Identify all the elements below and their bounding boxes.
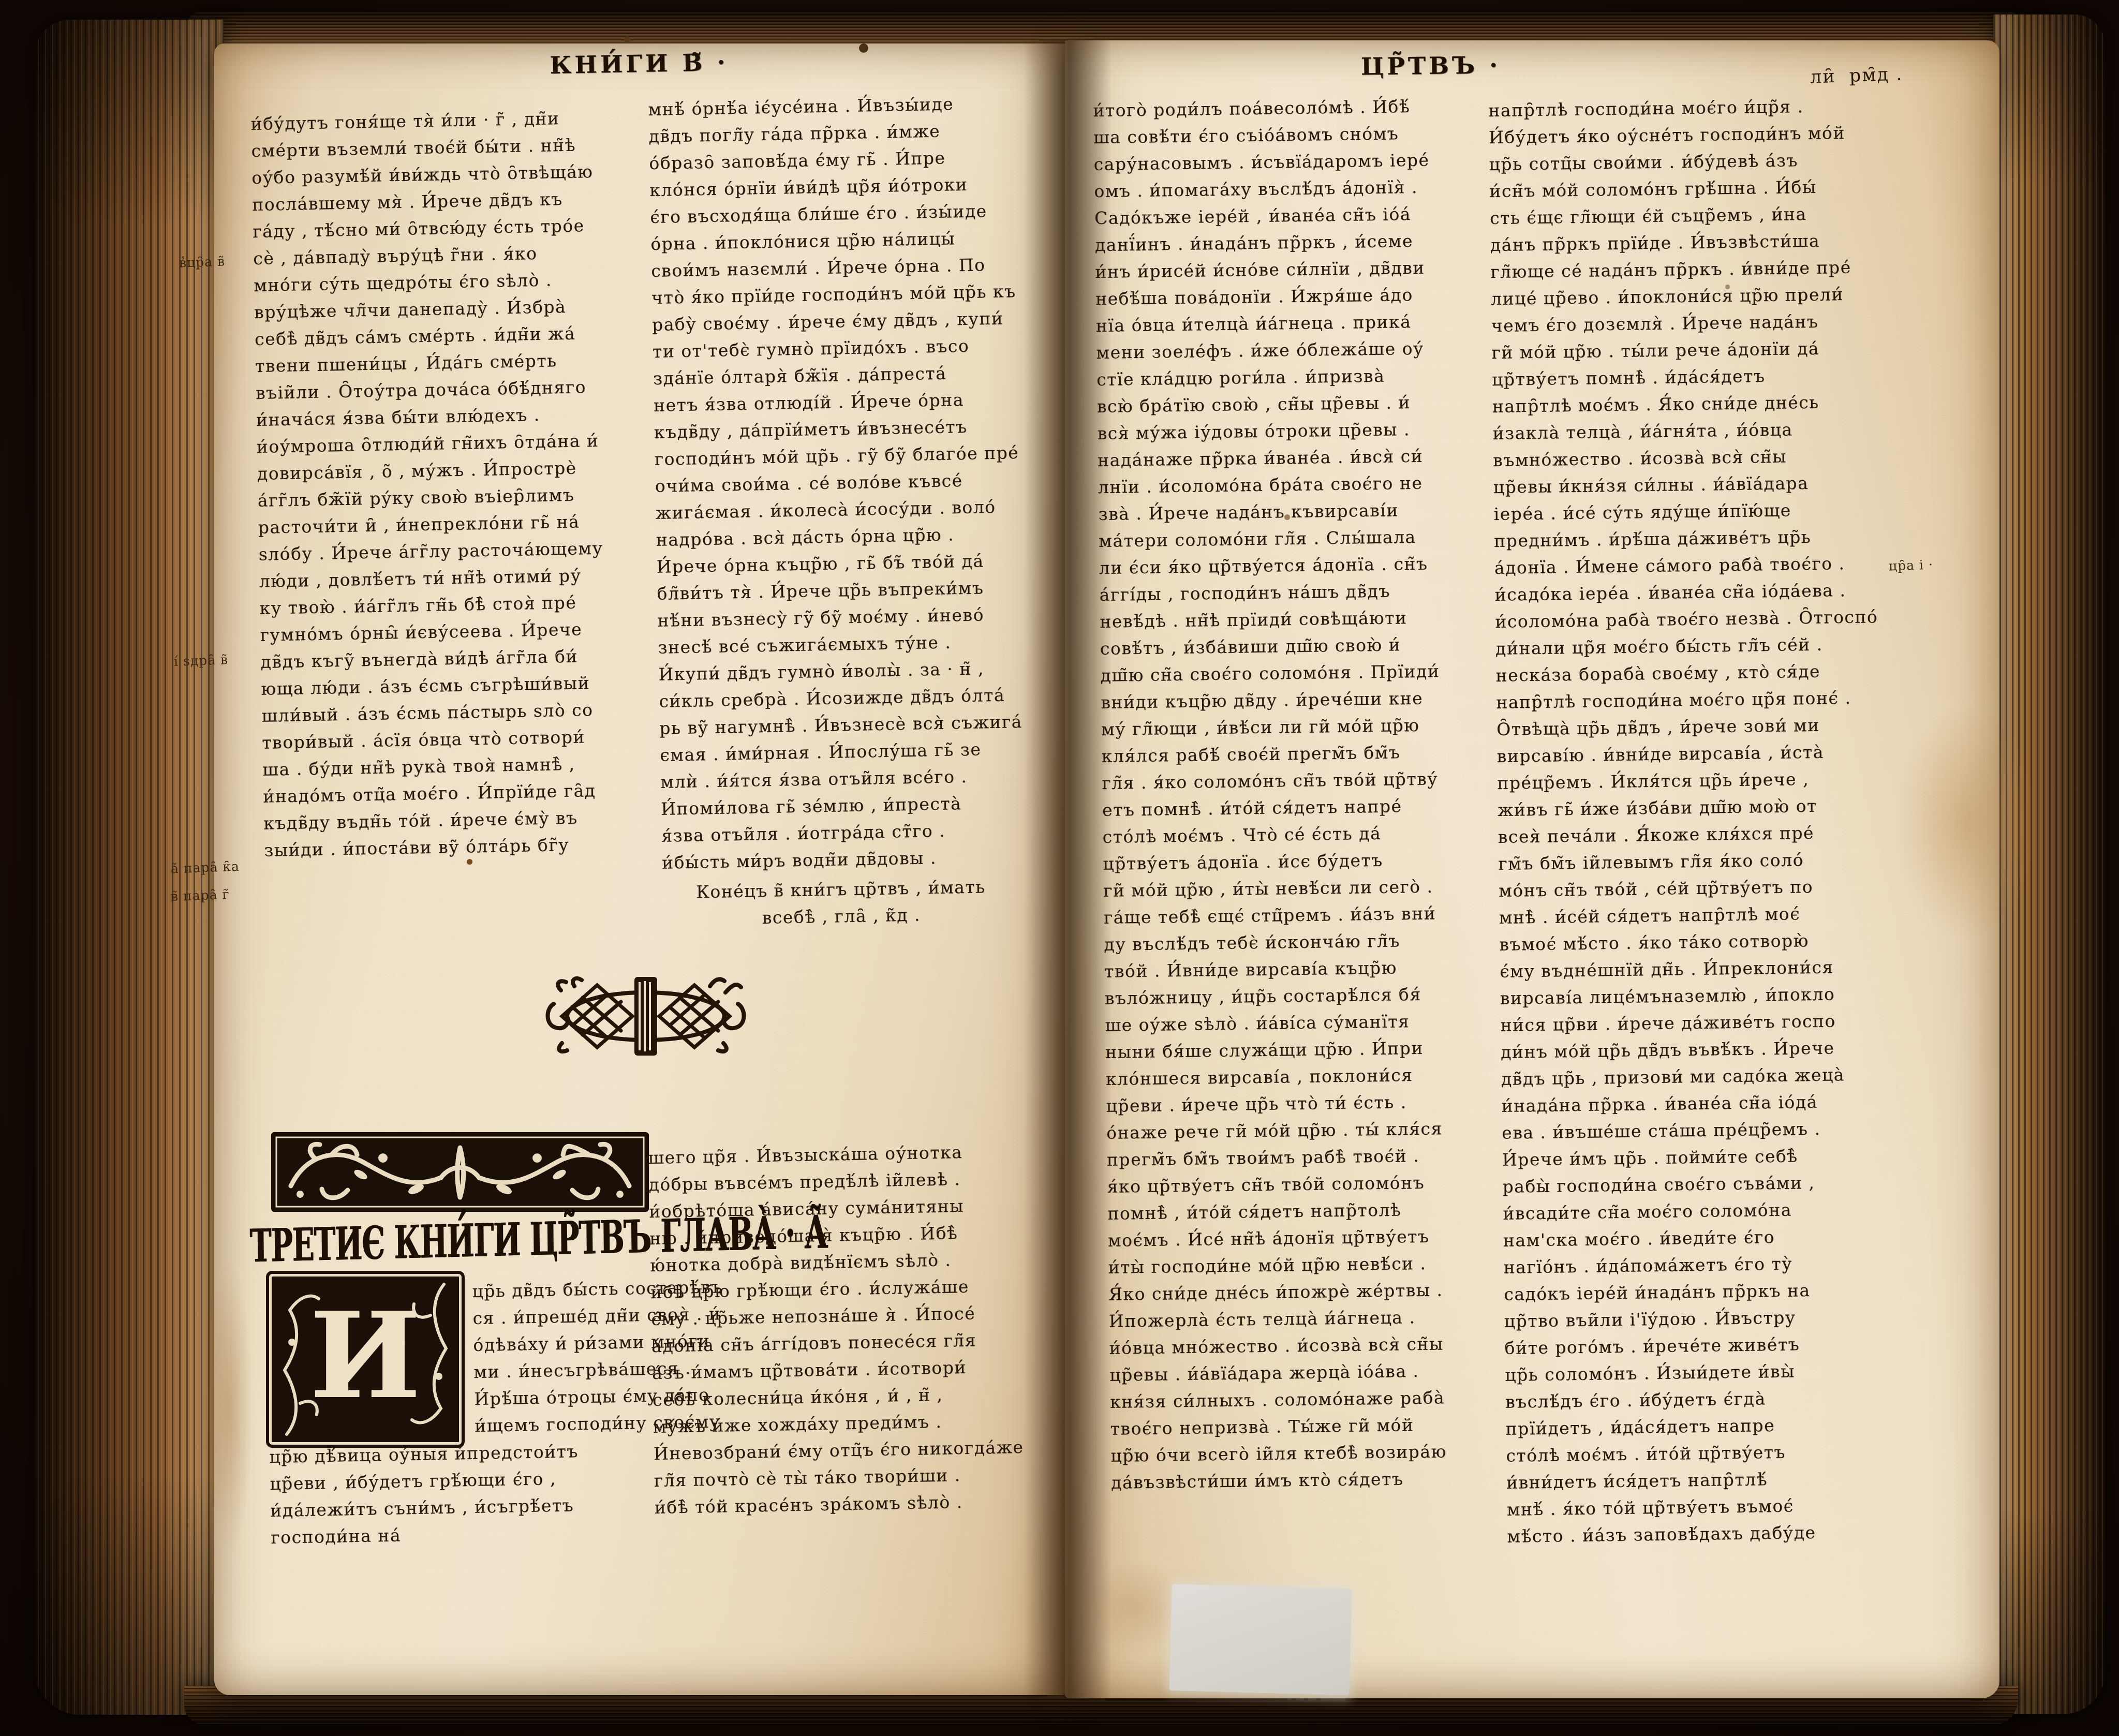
ornamental-initial-block: И xyxy=(269,1274,462,1445)
right-page-column-2: напр̑тлѣ господи́на моє́го и́цр̃я . И́бу… xyxy=(1488,92,1890,1550)
margin-note: і́ ѕдра̑ в̃ xyxy=(174,652,229,669)
paper-repair-patch xyxy=(1169,1584,1352,1696)
headpiece-ornament xyxy=(270,1128,650,1216)
margin-note: в̃ пара̑ г̃ xyxy=(171,887,230,904)
margin-note: а̃ пара̑ к̑а xyxy=(171,859,240,877)
margin-note: в̾цр̑а в̃ xyxy=(179,254,226,270)
margin-note: цр̑а і · xyxy=(1889,557,1934,574)
old-book-photo: КНИ́ГИ В̃ · ЦР̃ТВЪ · ли̑ рм̑д . в̾цр̑а в… xyxy=(0,0,2119,1736)
book3-lines-beside-initial: цр̃ь дв̃дъ бы́сть состарѣ́въ ся . и́преш… xyxy=(472,1273,725,1440)
page-stack-right-edge xyxy=(1993,14,2105,1714)
left-page-column-2: мнѣ́ о́рнѣ́а іє́усе́ина . И́възы́иде дв̃… xyxy=(648,90,1027,877)
book3-lines-full-width: цр̃ю дѣ́вица оу́ныя и́предстои́тъ цр̃еви… xyxy=(269,1438,580,1551)
book2-colophon: Коне́цъ в̃ кни́гъ цр̃твъ , и́мать всебѣ̀… xyxy=(648,872,1034,933)
left-page-column-1: и́бу́дутъ гоня́ще тя̀ и́ли · г̃ , дн̃и с… xyxy=(250,105,609,864)
right-page-column-1: и́того̀ роди́лъ поа́весоло́мѣ . И́бѣ́ ша… xyxy=(1093,93,1450,1496)
knotwork-tailpiece-ornament xyxy=(543,975,748,1058)
initial-letter: И xyxy=(269,1283,462,1428)
